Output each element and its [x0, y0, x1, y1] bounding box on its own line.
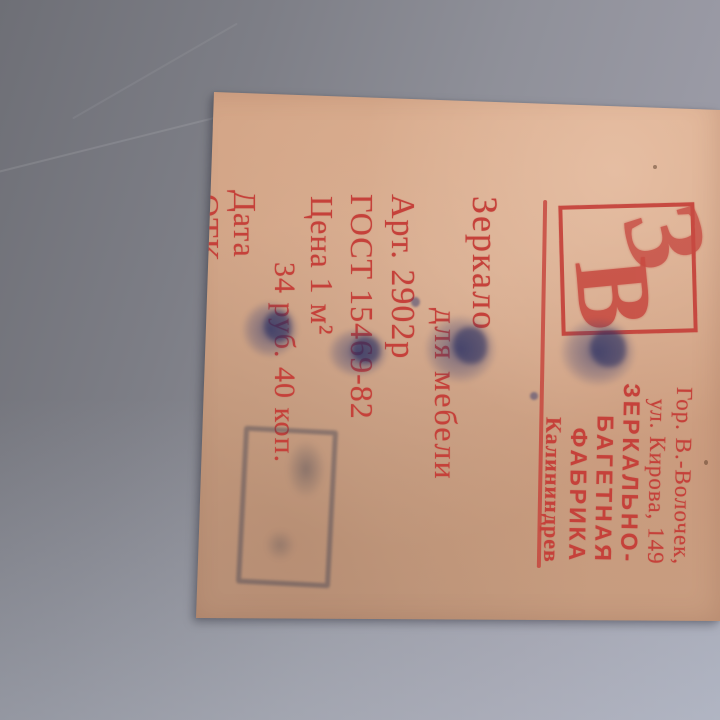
- date-label: Дата: [226, 190, 263, 258]
- ink-dot: [411, 297, 420, 307]
- stamp-smudge: [260, 524, 300, 566]
- ink-dot: [530, 392, 538, 400]
- factory-street: ул. Кирова, 149: [642, 332, 672, 564]
- factory-city: Гор. В.-Волочек,: [668, 333, 698, 565]
- gost-number: ГОСТ 15469-82: [343, 194, 380, 420]
- paper-speck: [653, 165, 657, 169]
- stamp-smudge: [280, 430, 332, 508]
- paper-label: З В Гор. В.-Волочек, ул. Кирова, 149 ЗЕР…: [190, 92, 720, 622]
- label-card: З В Гор. В.-Волочек, ул. Кирова, 149 ЗЕР…: [190, 92, 720, 622]
- otk-label: ОТК: [189, 194, 226, 261]
- ink-blot: [413, 304, 508, 394]
- price-label: Цена 1 м²: [303, 196, 340, 335]
- ink-blot: [318, 320, 398, 385]
- paper-speck: [704, 460, 708, 465]
- photo-backdrop: З В Гор. В.-Волочек, ул. Кирова, 149 ЗЕР…: [0, 0, 720, 720]
